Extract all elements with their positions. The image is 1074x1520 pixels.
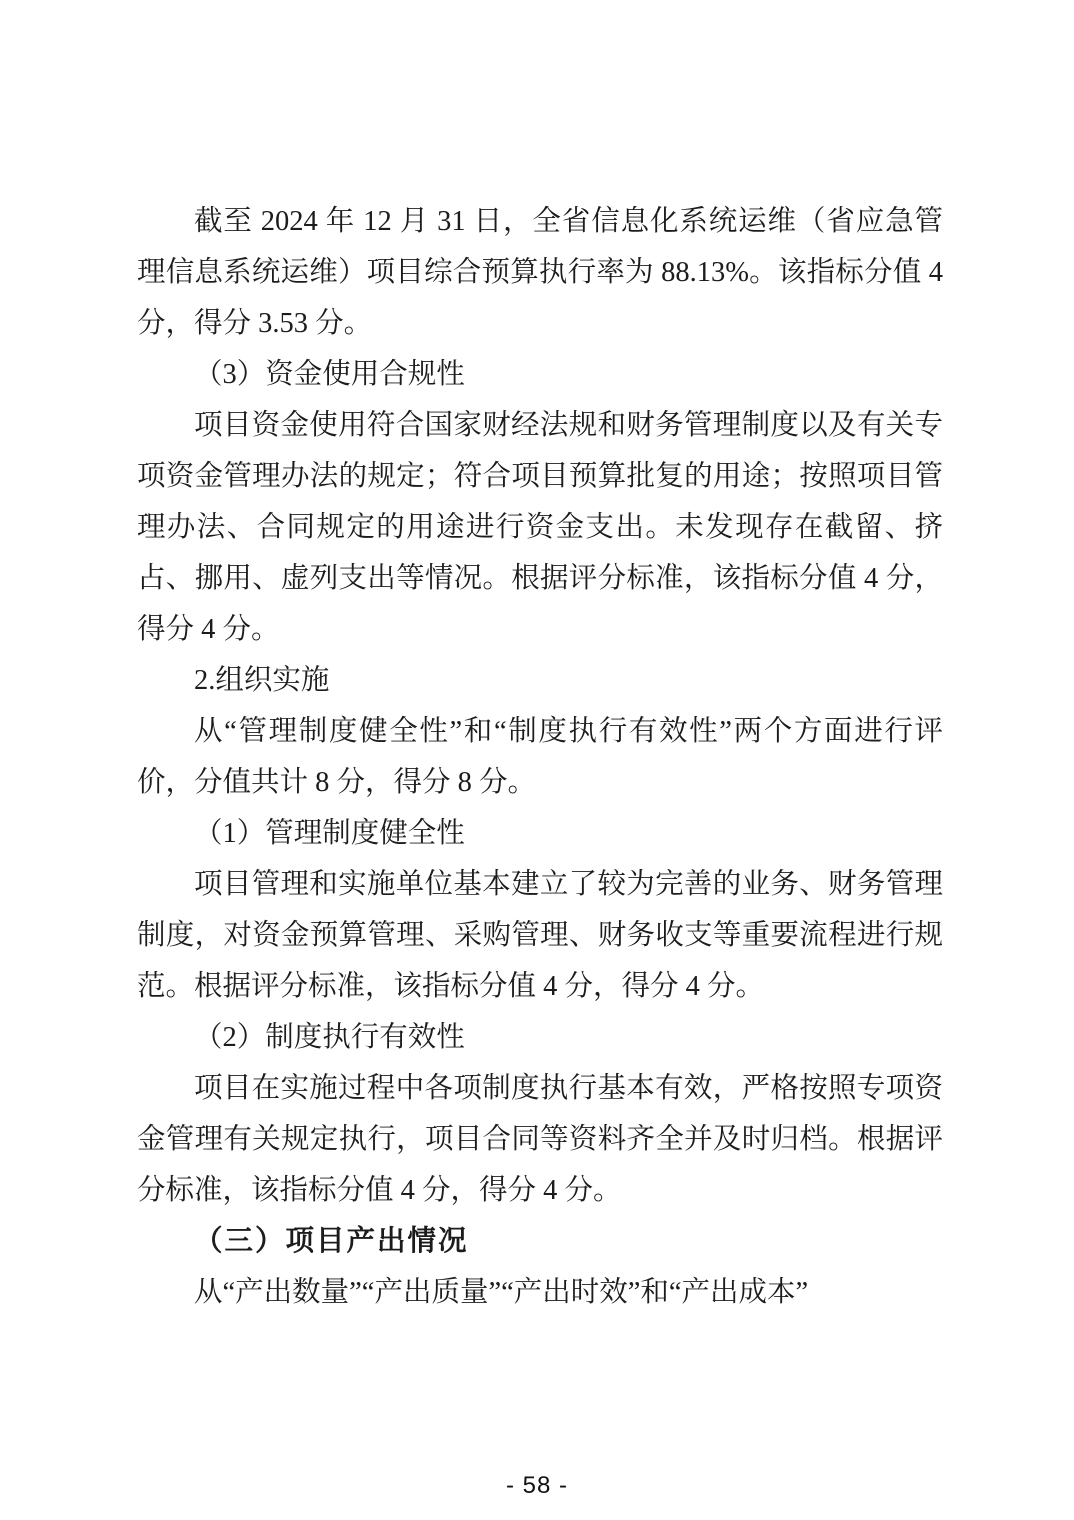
paragraph-budget-execution: 截至 2024 年 12 月 31 日，全省信息化系统运维（省应急管理信息系统运… [137, 196, 943, 349]
heading-2-organization-implementation: 2.组织实施 [137, 655, 943, 706]
paragraph-management-system-soundness: 项目管理和实施单位基本建立了较为完善的业务、财务管理制度，对资金预算管理、采购管… [137, 859, 943, 1012]
paragraph-fund-use-compliance: 项目资金使用符合国家财经法规和财务管理制度以及有关专项资金管理办法的规定；符合项… [137, 400, 943, 655]
paragraph-organization-overview: 从“管理制度健全性”和“制度执行有效性”两个方面进行评价，分值共计 8 分，得分… [137, 706, 943, 808]
heading-3-project-output-situation: （三）项目产出情况 [137, 1216, 943, 1267]
page-number: - 58 - [0, 1471, 1074, 1501]
heading-1-management-system-soundness: （1）管理制度健全性 [137, 808, 943, 859]
document-body: 截至 2024 年 12 月 31 日，全省信息化系统运维（省应急管理信息系统运… [137, 196, 943, 1318]
document-page: 截至 2024 年 12 月 31 日，全省信息化系统运维（省应急管理信息系统运… [0, 0, 1074, 1520]
heading-2-system-execution-effectiveness: （2）制度执行有效性 [137, 1012, 943, 1063]
heading-3-fund-use-compliance: （3）资金使用合规性 [137, 349, 943, 400]
paragraph-project-output-intro: 从“产出数量”“产出质量”“产出时效”和“产出成本” [137, 1267, 943, 1318]
paragraph-system-execution-effectiveness: 项目在实施过程中各项制度执行基本有效，严格按照专项资金管理有关规定执行，项目合同… [137, 1063, 943, 1216]
